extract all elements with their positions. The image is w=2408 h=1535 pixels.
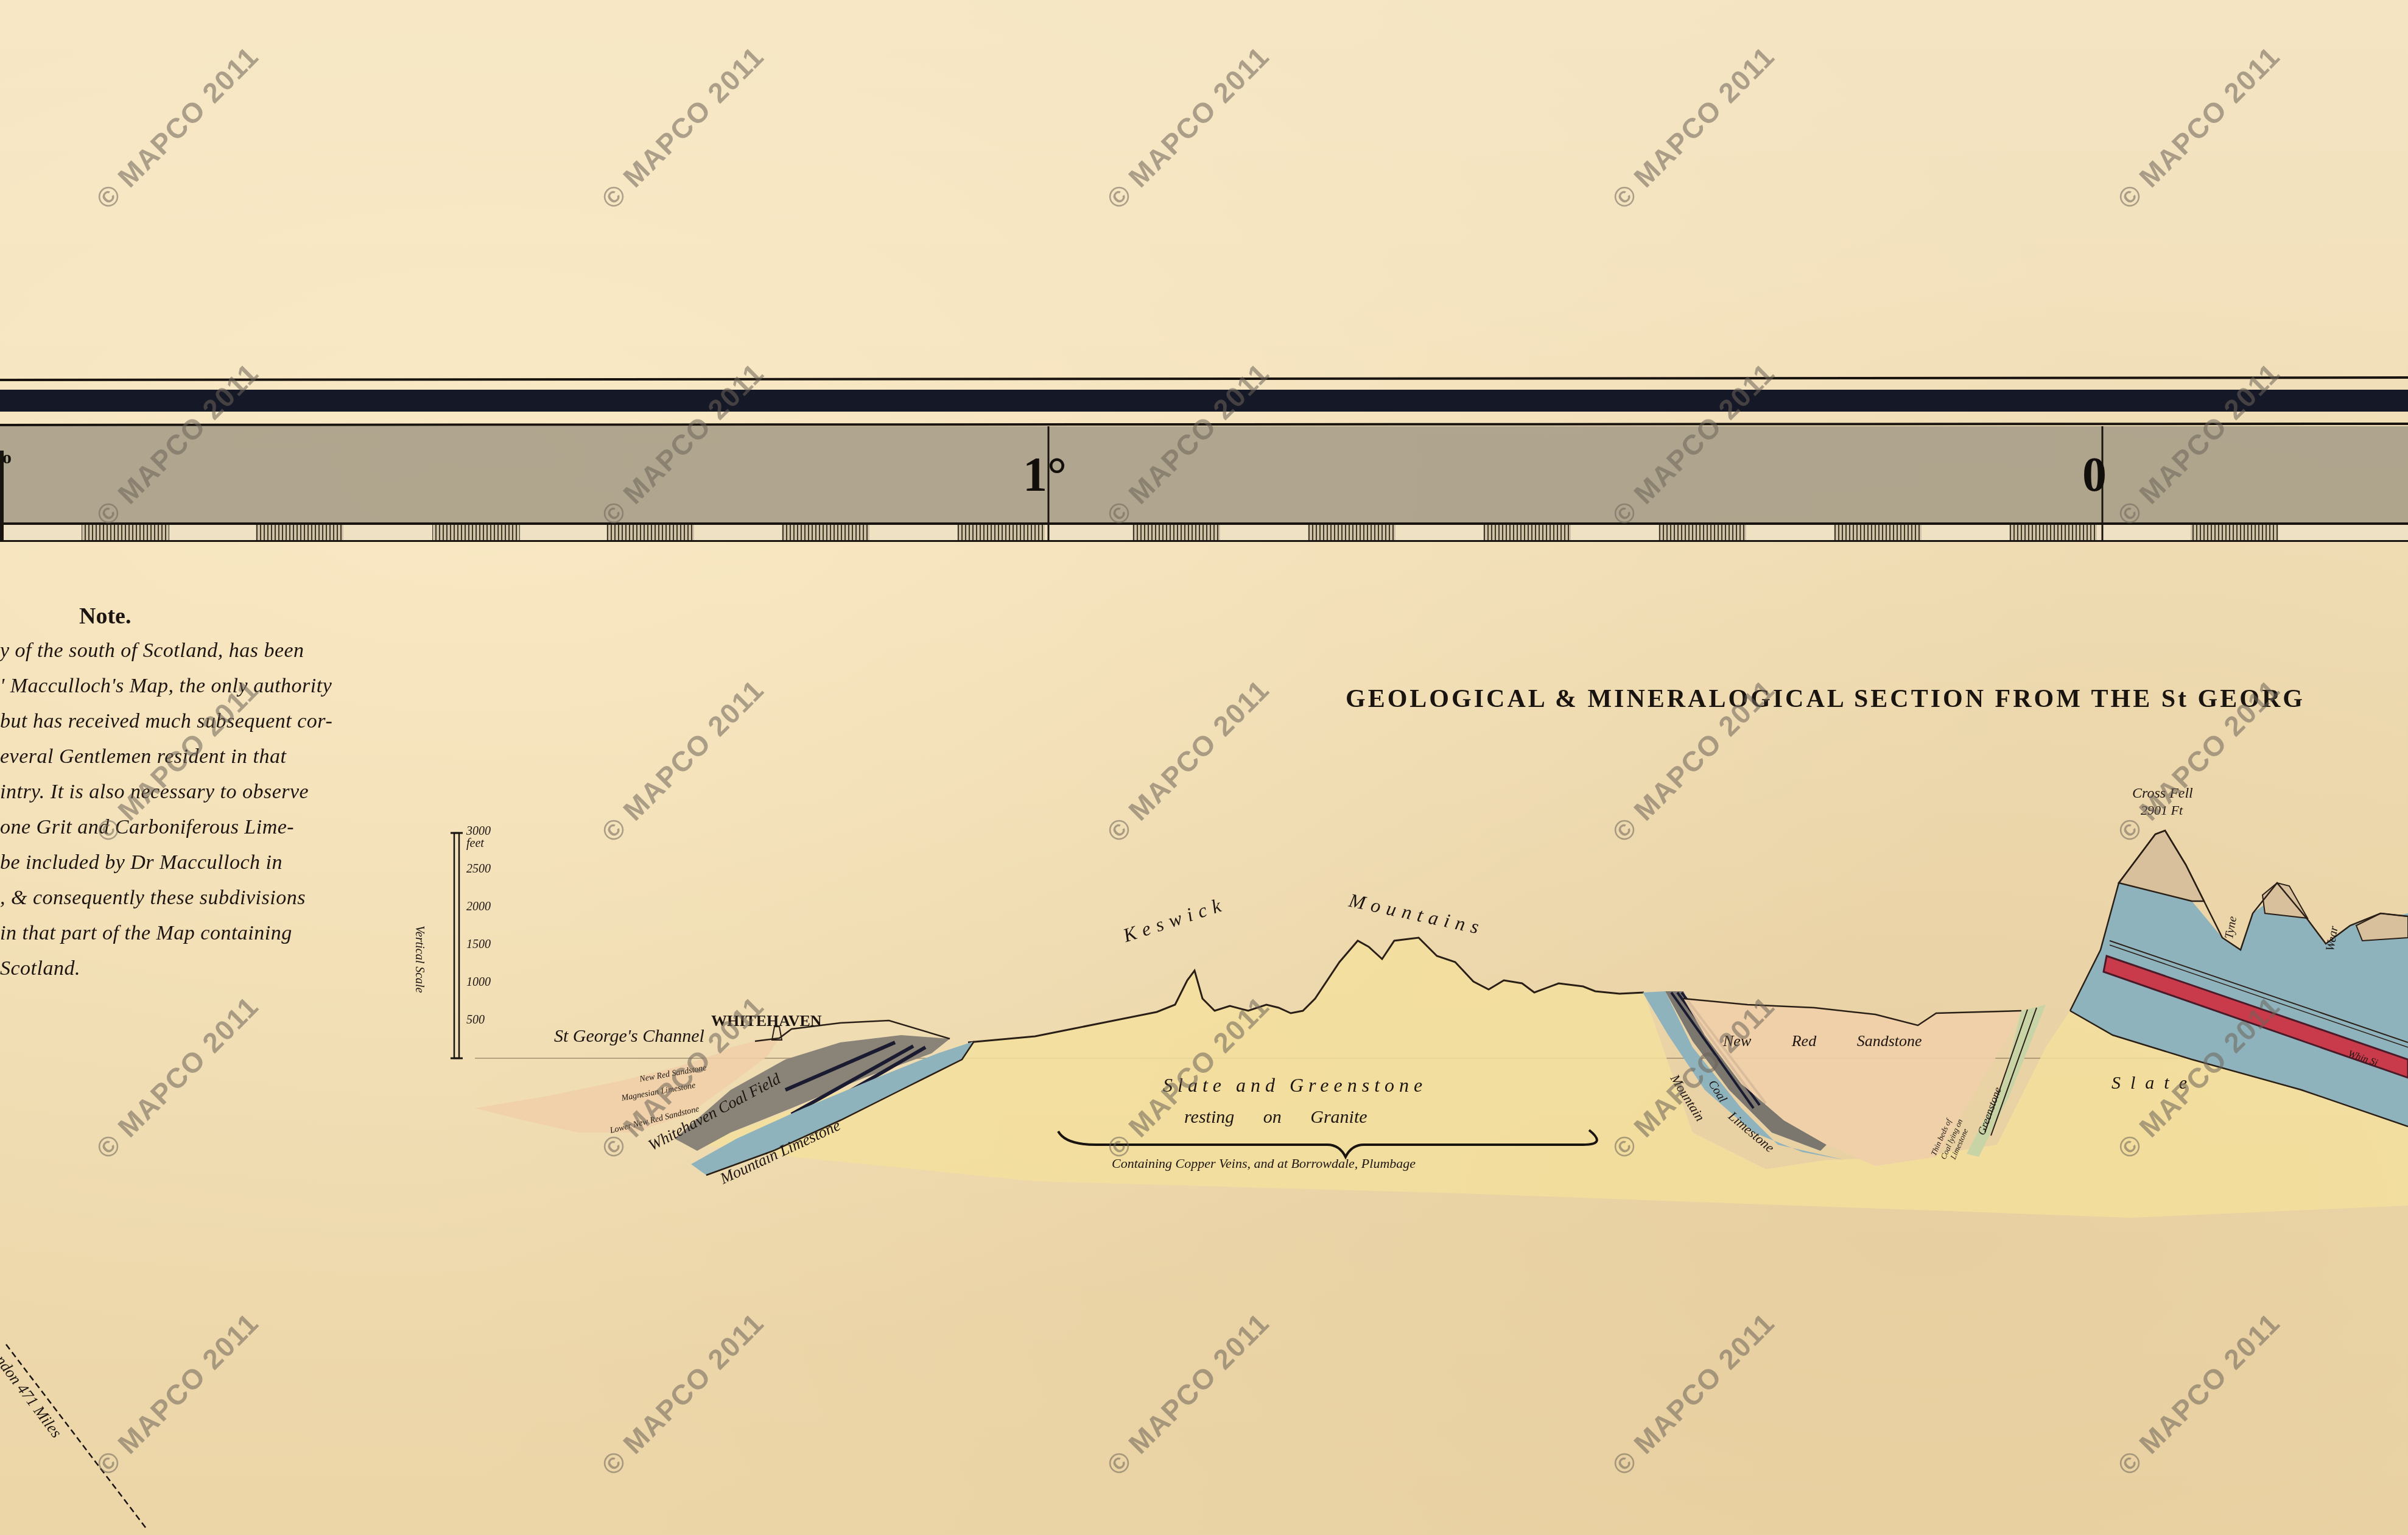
vertical-scale-bar xyxy=(451,833,463,1058)
label-containing-copper-veins: Containing Copper Veins, and at Borrowda… xyxy=(1112,1156,1416,1171)
label-cross-fell: Cross Fell xyxy=(2132,785,2193,802)
note-line: ' Macculloch's Map, the only authority xyxy=(0,675,332,698)
scale-tick-1500: 1500 xyxy=(466,938,491,952)
note-line: everal Gentlemen resident in that xyxy=(0,745,286,768)
note-line: y of the south of Scotland, has been xyxy=(0,639,304,662)
label-slate: Slate xyxy=(2111,1073,2197,1094)
note-line: , & consequently these subdivisions xyxy=(0,887,306,910)
note-line: in that part of the Map containing xyxy=(0,922,292,945)
distance-dashed-line xyxy=(6,1344,146,1528)
note-heading: Note. xyxy=(79,603,131,630)
scale-tick-2500: 2500 xyxy=(466,862,491,876)
label-resting-on-granite: resting on Granite xyxy=(1184,1107,1367,1128)
scale-tick-2000: 2000 xyxy=(466,900,491,914)
scale-unit: feet xyxy=(466,837,484,851)
note-line: Scotland. xyxy=(0,957,80,980)
degree-label-1: 1° xyxy=(1023,448,1067,503)
note-line: intry. It is also necessary to observe xyxy=(0,781,309,804)
label-new-red-sandstone: New Red Sandstone xyxy=(1723,1032,1922,1050)
map-sheet: o 1° 0 Note. y of the south of Scotland,… xyxy=(0,0,2408,1535)
label-cross-fell-height: 2901 Ft xyxy=(2141,803,2183,818)
section-title: GEOLOGICAL & MINERALOGICAL SECTION FROM … xyxy=(1346,684,2305,714)
degree-border xyxy=(0,378,2408,541)
note-line: be included by Dr Macculloch in xyxy=(0,851,283,874)
label-whitehaven: WHITEHAVEN xyxy=(711,1012,822,1030)
geological-section-artwork xyxy=(0,0,2408,1535)
label-slate-and-greenstone: Slate and Greenstone xyxy=(1163,1074,1427,1097)
scale-tick-500: 500 xyxy=(466,1013,485,1027)
scale-tick-1000: 1000 xyxy=(466,975,491,989)
note-line: one Grit and Carboniferous Lime- xyxy=(0,816,294,839)
scale-title: Vertical Scale xyxy=(412,926,426,993)
note-line: but has received much subsequent cor- xyxy=(0,710,332,733)
degree-label-0: 0 xyxy=(2082,448,2107,503)
label-st-georges-channel: St George's Channel xyxy=(554,1026,704,1047)
degree-label-partial: o xyxy=(2,448,12,468)
